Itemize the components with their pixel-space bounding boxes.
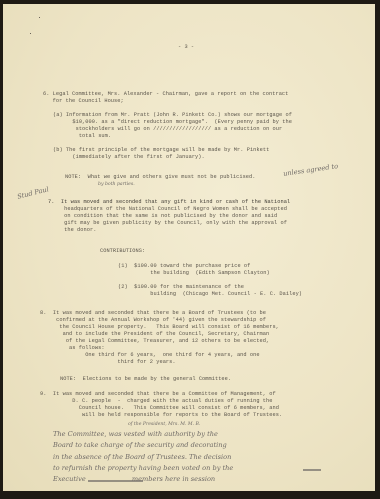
item6-heading-line1: 6. Legal Committee, Mrs. Alexander - Cha… (43, 91, 288, 97)
contributions-label: CONTRIBUTIONS: (100, 248, 145, 254)
contribution-2-line2: building (Chicago Met. Council - E. C. D… (118, 291, 302, 297)
document-page: - 3 - 6. Legal Committee, Mrs. Alexander… (3, 4, 375, 491)
item9-line3: Council house. This Committee will consi… (40, 405, 279, 411)
contribution-1-line2: the building (Edith Sampson Clayton) (118, 270, 270, 276)
item8-line8: third for 2 years. (40, 359, 176, 365)
item8-line1: 8. It was moved and seconded that there … (40, 310, 266, 316)
handwritten-insert: of the President, Mrs. M. M. B. (128, 421, 200, 428)
item6a-line2: $10,000. as a "direct reduction mortgage… (53, 119, 292, 125)
item9-line1: 9. It was moved and seconded that there … (40, 391, 276, 397)
item6a-line1: (a) Information from Mr. Pratt (John R. … (53, 112, 292, 118)
handwritten-line2: Board to take charge of the security and… (53, 442, 227, 449)
contribution-2-line1: (2) $100.00 for the maintenance of the (118, 284, 244, 290)
handwritten-note-unless-agreed: unless agreed to (283, 163, 339, 178)
page-number: - 3 - (178, 44, 194, 50)
handwritten-line3: in the absence of the Board of Trustees.… (53, 454, 231, 461)
item6a-line4: total sum. (53, 133, 111, 139)
paper-speck (39, 17, 40, 18)
item8-line5: of the Legal Committee, Treasurer, and 1… (40, 338, 269, 344)
handwritten-note-both-parties: by both parties. (98, 181, 135, 188)
item7-line3: on condition that the same is not public… (48, 213, 277, 219)
item8-line4: and to include the President of the Coun… (40, 331, 269, 337)
item6-note: NOTE: What we give and others give must … (65, 174, 256, 180)
item8-line6: as follows: (40, 345, 105, 351)
item6b-line2: (immediately after the first of January)… (53, 154, 205, 160)
item6b-line1: (b) The first principle of the mortgage … (53, 147, 269, 153)
item7-line5: the donor. (48, 227, 96, 233)
item8-line2: confirmed at the Annual Workshop of '44)… (40, 317, 266, 323)
item6-heading-line2: for the Council House; (43, 98, 124, 104)
item8-note: NOTE: Elections to be made by the genera… (60, 376, 231, 382)
handwritten-strikethrough (303, 469, 321, 471)
item7-line1: 7. It was moved and seconded that any gi… (48, 199, 290, 205)
item7-line2: headquarters of the National Council of … (48, 206, 287, 212)
paper-speck (30, 33, 31, 34)
contribution-1-line1: (1) $100.00 toward the purchase price of (118, 263, 250, 269)
handwritten-line1: The Committee, was vested with authority… (53, 431, 218, 438)
handwritten-strikethrough (88, 480, 143, 482)
item9-line4: will be held responsible for reports to … (40, 412, 282, 418)
item6a-line3: stockholders will go on ////////////////… (53, 126, 282, 132)
item8-line3: the Council House property. This Board w… (40, 324, 279, 330)
item9-line2: D. C. people - charged with the actual d… (40, 398, 272, 404)
margin-handwritten-note: Stud Paul (17, 186, 50, 201)
item7-line4: gift may be given publicity by the Counc… (48, 220, 287, 226)
item8-line7: One third for 6 years, one third for 4 y… (40, 352, 260, 358)
handwritten-line4: to refurnish the property having been vo… (53, 465, 233, 472)
